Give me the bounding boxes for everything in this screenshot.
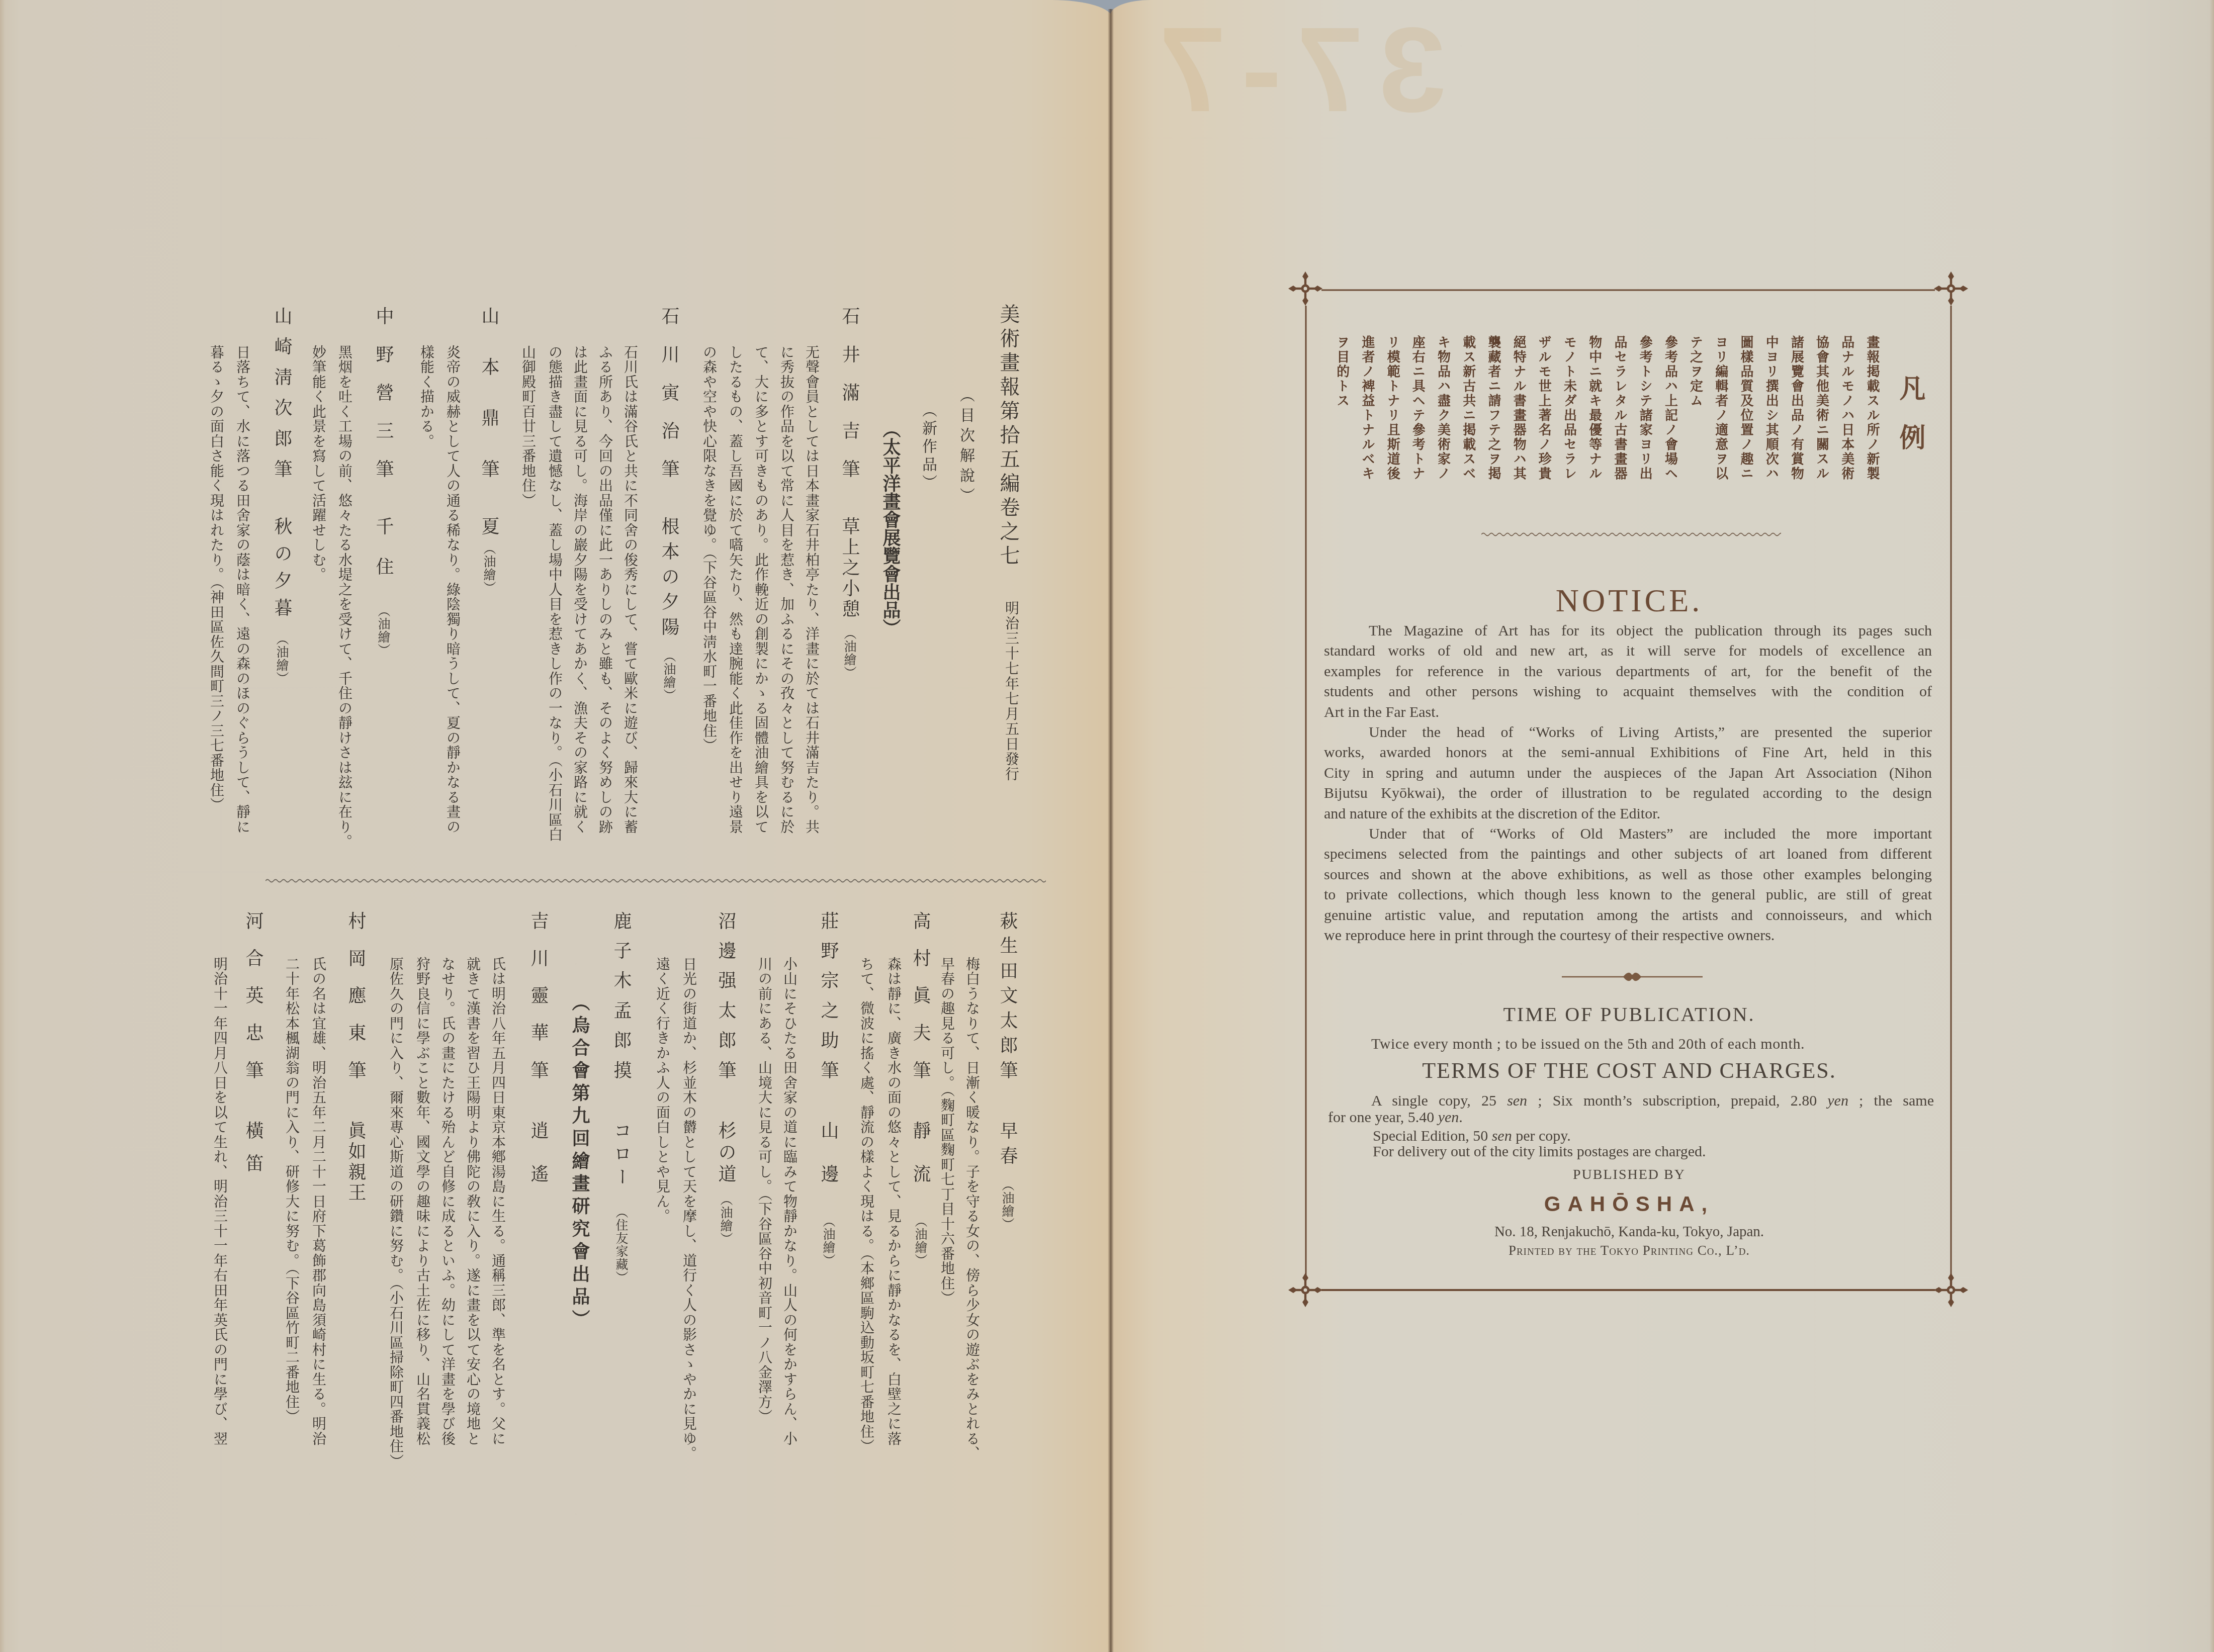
terms-text: Special Edition, 50 xyxy=(1373,1128,1492,1144)
hanrei-line: 物中ニ就キ最優等ナル xyxy=(1582,335,1607,501)
notice-line: and nature of the exhibits at the discre… xyxy=(1324,805,1932,823)
ornament-divider-icon xyxy=(1562,971,1703,983)
hanrei-line: 座右ニ具ヘテ參考トナ xyxy=(1405,335,1430,501)
hanrei-line: ヨリ編輯者ノ適意ヲ以 xyxy=(1708,335,1733,501)
hanrei-line: 襲藏者ニ請フテ之ヲ掲 xyxy=(1481,335,1506,501)
printer-credit: Printed by the Tokyo Printing Co., L’d. xyxy=(1307,1241,1951,1259)
entry-text-column: 川の前にある、山境大に見る可し。（下谷區谷中初音町一ノ八金澤方） xyxy=(753,957,775,1424)
ghost-stamp-bleedthrough: 37-7 xyxy=(1144,9,1446,130)
entry-heading: 山本鼎筆夏（油繪） xyxy=(478,307,500,594)
terms-text: A single copy, 25 xyxy=(1371,1092,1507,1109)
ugokai-exhibition-label: （烏合會第九回繪畫研究會出品） xyxy=(569,993,591,1332)
magazine-title: 美術畫報第拾五編卷之七 xyxy=(997,304,1019,569)
artwork-title: 山邊 xyxy=(818,1121,839,1208)
artist-name: 石井滿吉筆 xyxy=(838,307,860,478)
artist-name: 吉川靈華筆 xyxy=(527,911,549,1079)
published-by-label: PUBLISHED BY xyxy=(1307,1166,1951,1184)
hanrei-text: 畫報掲載スル所ノ新製 品ナルモノハ日本美術 協會其他美術ニ關スル 諸展覽會出品ノ… xyxy=(1329,335,1885,501)
hanrei-line: ザルモ世上著名ノ珍貴 xyxy=(1531,335,1556,501)
corner-ornament-icon xyxy=(1288,1273,1322,1307)
entry-heading: 山崎淸次郎筆秋の夕暮（油繪） xyxy=(271,307,293,685)
entry-heading: 吉川靈華筆逍遙 xyxy=(527,911,549,1208)
currency-unit: yen xyxy=(1827,1092,1848,1109)
issue-date: 明治三十七年七月五日發行 xyxy=(1000,601,1022,782)
entry-heading: 石川寅治筆根本の夕陽（油繪） xyxy=(658,307,680,702)
publication-schedule: Twice every month ; to be issued on the … xyxy=(1371,1035,1934,1053)
medium-label: （油繪） xyxy=(821,1215,836,1267)
terms-delivery: For delivery out of the city limits post… xyxy=(1373,1143,1926,1161)
corner-ornament-icon xyxy=(1288,271,1322,306)
entry-text-column: の森や空や快心限なきを覺ゆ。（下谷區谷中淸水町一番地住） xyxy=(698,345,720,753)
notice-line: we reproduce here in print through the c… xyxy=(1324,927,1932,945)
exhibition-label: （太平洋畫會展覽會出品） xyxy=(879,420,902,637)
entry-text-column: 炎帝の威赫として人の通る稀なり。綠陰獨り暗うして、夏の靜かなる晝の xyxy=(441,345,464,835)
new-works-label: （新作品） xyxy=(917,402,939,493)
publication-heading: TIME OF PUBLICATION. xyxy=(1307,1003,1951,1026)
artist-name: 沼邊强太郎筆 xyxy=(715,911,737,1079)
artist-name: 莊野宗之助筆 xyxy=(817,911,839,1079)
entry-text-column: ちて、微波に搖く處、靜流の樣よく現はる。（本鄉區駒込動坂町七番地住） xyxy=(855,957,877,1454)
artwork-title: 早春 xyxy=(997,1121,1018,1171)
entry-text-column: 氏の名は宜雄、明治五年二月二十一日府下葛飾郡向島須崎村に生る。明治 xyxy=(307,957,329,1446)
corner-ornament-icon xyxy=(1934,1273,1968,1307)
publisher-address: No. 18, Renjakuchō, Kanda-ku, Tokyo, Jap… xyxy=(1307,1223,1951,1241)
notice-line: standard works of old and new art, as it… xyxy=(1324,642,1932,660)
entry-text-column: 早春の趣見る可し。（麴町區麴町七丁目十六番地住） xyxy=(936,957,958,1306)
currency-unit: yen xyxy=(1438,1109,1459,1126)
entry-text-column: 山御殿町百廿三番地住） xyxy=(517,345,539,508)
hanrei-line: 絕特ナル書畫器物ハ其 xyxy=(1506,335,1531,501)
entry-text-column: 梅白うなりて、日漸く暖なり。子を守る女の、傍ら少女の遊ぶをみとれる、 xyxy=(961,957,983,1461)
medium-label: （油繪） xyxy=(275,632,289,685)
artwork-title: コロー xyxy=(611,1121,632,1190)
terms-heading: TERMS OF THE COST AND CHARGES. xyxy=(1307,1058,1951,1083)
notice-title: NOTICE. xyxy=(1307,583,1951,618)
artwork-title: 千住 xyxy=(373,517,394,597)
hanrei-line: ヲ目的トス xyxy=(1330,335,1355,501)
wavy-separator xyxy=(265,877,1046,885)
hanrei-line: リ模範トナリ且斯道後 xyxy=(1380,335,1405,501)
terms-text: . xyxy=(1459,1109,1463,1126)
entry-heading: 河合英忠筆橫笛 xyxy=(242,911,264,1186)
entry-heading: 鹿子木孟郎摸コロー（住友家藏） xyxy=(610,911,632,1284)
notice-line: sources and shown at the above exhibitio… xyxy=(1324,866,1932,884)
hanrei-line: 參考品ハ上記ノ會場ヘ xyxy=(1657,335,1682,501)
artwork-title: 逍遙 xyxy=(528,1121,549,1208)
entry-text-column: 明治十一年四月八日を以て生れ、明治三十一年右田年英氏の門に學び、翌 xyxy=(209,957,231,1446)
hanrei-line: モノト未ダ出品セラレ xyxy=(1556,335,1581,501)
notice-line: Under the head of “Works of Living Artis… xyxy=(1369,723,1932,742)
hanrei-line: 協會其他美術ニ關スル xyxy=(1809,335,1834,501)
toc-label: （目次解說） xyxy=(954,387,977,508)
artwork-title: 夏 xyxy=(479,517,499,535)
artwork-title: 根本の夕陽 xyxy=(659,517,679,643)
corner-ornament-icon xyxy=(1934,271,1968,306)
entry-text-column: 黑烟を吐く工場の前、悠々たる水堤之を受けて、千住の靜けさは玆に在り。 xyxy=(333,345,356,849)
notice-line: works, awarded honors at the semi-annual… xyxy=(1324,744,1932,762)
entry-text-column: の態描き盡して遺憾なし、蓋し場中人目を惹きし作の一なり。（小石川區白 xyxy=(544,345,566,842)
notice-line: specimens selected from the paintings an… xyxy=(1324,845,1932,863)
artist-name: 中野營三筆 xyxy=(372,307,394,478)
hanrei-line: キ物品ハ盡ク美術家ノ xyxy=(1430,335,1455,501)
entry-text-column: 日光の街道か、杉並木の欝として天を摩し、道行く人の影さゝやかに見ゆ。 xyxy=(678,957,700,1461)
artist-name: 萩生田文太郎筆 xyxy=(996,911,1018,1079)
hanrei-line: テ之ヲ定ム xyxy=(1682,335,1708,501)
artist-name: 石川寅治筆 xyxy=(658,307,680,478)
medium-label: （油繪） xyxy=(842,627,857,679)
wavy-separator xyxy=(1481,530,1781,538)
entry-text-column: て、大に多とす可きものあり。此作輓近の創製にかゝる固體油繪具を以て xyxy=(750,345,772,835)
entry-text-column: 就きて漢書を習ひ王陽明より佛陀の敎に入り。遂に畫を以て安心の境地と xyxy=(462,957,484,1446)
entry-heading: 中野營三筆千住（油繪） xyxy=(372,307,394,657)
entry-heading: 萩生田文太郎筆早春（油繪） xyxy=(996,911,1018,1231)
entry-heading: 村岡應東筆眞如親王 xyxy=(344,911,367,1204)
currency-unit: sen xyxy=(1507,1092,1527,1109)
entry-heading: 高村眞夫筆靜流（油繪） xyxy=(909,911,931,1267)
hanrei-line: 圖樣品質及位置ノ趣ニ xyxy=(1733,335,1758,501)
notice-line: genuine artistic value, and reputation a… xyxy=(1324,906,1932,925)
entry-heading: 石井滿吉筆草上之小憩（油繪） xyxy=(838,307,860,679)
hanrei-line: 諸展覽會出品ノ有賞物 xyxy=(1784,335,1809,501)
hanrei-line: 參考トシテ諸家ヨリ出 xyxy=(1632,335,1657,501)
entry-text-column: 遠く近く行きかふ人の面白しとや見ん。 xyxy=(651,957,673,1224)
terms-text: ; the same xyxy=(1848,1092,1934,1109)
hanrei-line: 中ヨリ撰出シ其順次ハ xyxy=(1758,335,1784,501)
entry-text-column: 无聲會員としては日本畫家石井柏亭たり、洋畫に於ては石井滿吉たり。共 xyxy=(801,345,823,835)
terms-text: ; Six month’s subscription, prepaid, 2.8… xyxy=(1527,1092,1827,1109)
medium-label: （油繪） xyxy=(719,1193,733,1245)
publisher-name: GAHŌSHA, xyxy=(1307,1192,1951,1216)
hanrei-line: 進者ノ裨益トナルベキ xyxy=(1355,335,1380,501)
entry-text-column: 氏は明治八年五月四日東京本鄕湯島に生る。通稱三郎、準を名とす。父に xyxy=(487,957,509,1446)
notice-line: to private collections, which though les… xyxy=(1324,886,1932,904)
notice-line: City in spring and autumn under the ausp… xyxy=(1324,764,1932,782)
entry-text-column: 石川氏は滿谷氏と共に不同舍の俊秀にして、嘗て歐米に遊び、歸來大に蓄 xyxy=(619,345,641,835)
entry-text-column: に秀抜の作品を以て常に人目を惹き、加ふるにその孜々として努むるに於 xyxy=(775,345,798,835)
entry-text-column: ふる所あり、今回の出品僅に此一ありしのみと雖も、そのよく努めしの跡 xyxy=(594,345,616,835)
terms-text: for one year, 5.40 xyxy=(1328,1109,1438,1126)
artist-name: 河合英忠筆 xyxy=(242,911,264,1079)
artist-name: 高村眞夫筆 xyxy=(909,911,931,1079)
artist-name: 鹿子木孟郎摸 xyxy=(610,911,632,1079)
entry-text-column: 妙筆能く此景を寫して活躍せしむ。 xyxy=(307,345,329,582)
artwork-title: 秋の夕暮 xyxy=(272,517,292,625)
entry-text-column: 日落ちて、水に落つる田舍家の蔭は暗く、遠の森のほのぐらうして、靜に xyxy=(231,345,253,835)
entry-heading: 沼邊强太郎筆杉の道（油繪） xyxy=(715,911,737,1245)
medium-label: （油繪） xyxy=(662,650,676,702)
notice-line: examples for reference in the various de… xyxy=(1324,663,1932,681)
artwork-title: 橫笛 xyxy=(243,1121,263,1186)
entry-text-column: 狩野良信に學ぶこと數年、國文學の趣味により古土佐に移り、山名貫義松 xyxy=(411,957,433,1446)
entry-text-column: 二十年松本楓湖翁の門に入り、研修大に努む。（下谷區竹町二番地住） xyxy=(281,957,303,1424)
notice-line: Under that of “Works of Old Masters” are… xyxy=(1369,825,1932,843)
hanrei-line: 畫報掲載スル所ノ新製 xyxy=(1859,335,1885,501)
artist-name: 山本鼎筆 xyxy=(478,307,500,478)
artwork-title: 靜流 xyxy=(910,1121,931,1208)
entry-text-column: 森は靜に、廣き水の面の悠々として、見るからに靜かなるを、白壁之に落 xyxy=(882,957,905,1446)
hanrei-line: 載ス新古共ニ掲載スベ xyxy=(1456,335,1481,501)
entry-text-column: は此畫面に見る可し。海岸の巖夕陽を受けてあかく、漁夫その家路に就く xyxy=(569,345,591,835)
hanrei-line: 品セラレタル古書畫器 xyxy=(1607,335,1632,501)
terms-text: per copy. xyxy=(1512,1128,1571,1144)
artist-name: 山崎淸次郎筆 xyxy=(271,307,293,478)
terms-one-year: for one year, 5.40 yen. xyxy=(1328,1109,1931,1127)
artwork-title: 杉の道 xyxy=(716,1121,736,1186)
medium-label: （油繪） xyxy=(913,1215,928,1267)
entry-heading: 莊野宗之助筆山邊（油繪） xyxy=(817,911,839,1267)
entry-text-column: 樣能く描かる。 xyxy=(415,345,437,449)
entry-text-column: 原佐久の門に入り、爾來專心斯道の研鑽に努む。（小石川區掃除町四番地住） xyxy=(385,957,407,1469)
terms-single-copy: A single copy, 25 sen ; Six month’s subs… xyxy=(1371,1092,1934,1110)
hanrei-title: 凡例 xyxy=(1897,375,1923,473)
currency-unit: sen xyxy=(1492,1128,1512,1144)
entry-text-column: 小山にそひたる田舍家の道に臨みて物靜かなり。山人の何をかすらん、小 xyxy=(778,957,801,1446)
artist-name: 村岡應東筆 xyxy=(344,911,367,1079)
entry-text-column: 暮るゝ夕の面白さ能く現はれたり。（神田區佐久間町三ノ三七番地住） xyxy=(205,345,227,812)
entry-text-column: したるもの、蓋し吾國に於て嚆矢たり、然も達腕能く此佳作を出せり遠景 xyxy=(724,345,746,835)
notice-line: students and other persons wishing to ac… xyxy=(1324,683,1932,701)
notice-line: The Magazine of Art has for its object t… xyxy=(1369,622,1932,640)
medium-label: （油繪） xyxy=(376,604,391,657)
book-gutter xyxy=(1108,9,1114,1652)
artwork-title: 眞如親王 xyxy=(345,1121,366,1204)
artwork-title: 草上之小憩 xyxy=(839,517,860,620)
notice-line: Art in the Far East. xyxy=(1324,703,1932,721)
hanrei-line: 品ナルモノハ日本美術 xyxy=(1834,335,1859,501)
medium-label: （油繪） xyxy=(482,542,496,594)
collection-label: （住友家藏） xyxy=(614,1206,629,1284)
entry-text-column: なせり。氏の畫にたける殆んど自修に成るといふ。幼にして洋畫を學び後 xyxy=(436,957,459,1446)
notice-line: Bijutsu Kyōkwai), the order of illustrat… xyxy=(1324,784,1932,802)
medium-label: （油繪） xyxy=(1000,1178,1015,1231)
